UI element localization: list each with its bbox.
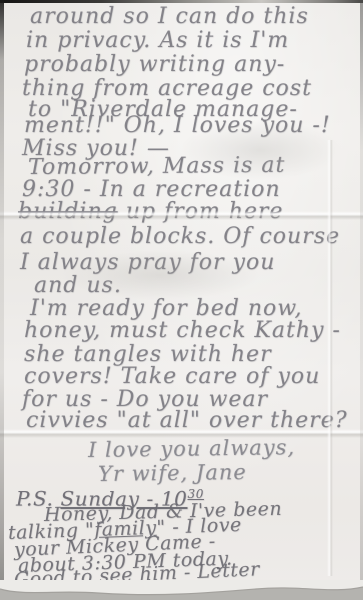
handwriting-line-15: honey, must check Kathy -	[24, 320, 341, 342]
handwriting-line-1: around so I can do this	[30, 6, 309, 28]
fold-crease-lower	[0, 429, 363, 438]
handwriting-line-17: covers! Take care of you	[24, 366, 320, 388]
letter-scan-page: around so I can do this in privacy. As i…	[0, 0, 363, 600]
vertical-crease	[327, 140, 333, 576]
handwriting-line-11: a couple blocks. Of course	[20, 226, 340, 248]
paper-left-edge	[0, 0, 4, 600]
handwriting-line-16: she tangles with her	[24, 344, 272, 366]
signature-line: Yr wife, Jane	[98, 462, 247, 485]
paper-smudge	[180, 120, 340, 180]
handwriting-line-3: probably writing any-	[24, 54, 285, 76]
handwriting-line-9: 9:30 - In a recreation	[22, 179, 281, 201]
paper-smudge	[60, 250, 260, 300]
fold-crease-upper	[0, 211, 363, 220]
handwriting-line-14: I'm ready for bed now,	[30, 298, 302, 320]
paper-bottom-edge	[0, 580, 363, 600]
signoff-line: I love you always,	[88, 437, 295, 461]
handwriting-line-2: in privacy. As it is I'm	[26, 30, 289, 52]
paper-top-edge	[0, 0, 363, 3]
